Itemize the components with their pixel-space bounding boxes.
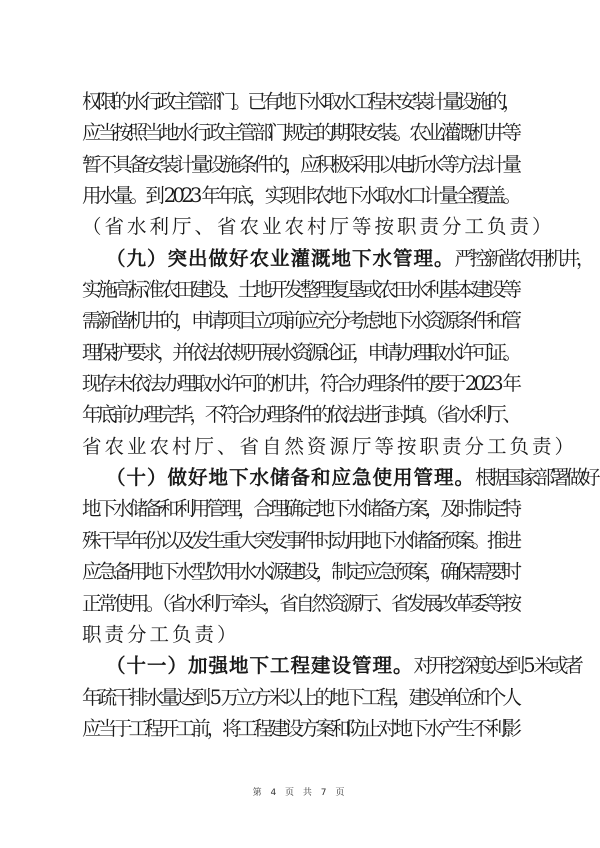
text-line: 实施高标准农田建设、土地开发整理复垦或农田水利基本建设等 xyxy=(82,274,522,305)
text-line: 年底前办理完毕，不符合办理条件的依法进行封填。（省水利厅、 xyxy=(82,399,522,430)
section-text: 根据国家部署做好 xyxy=(475,466,596,489)
section-heading-line: （十）做好地下水储备和应急使用管理。根据国家部署做好 xyxy=(82,462,522,493)
text-line: 地下水储备和利用管理，合理确定地下水储备方案，及时制定特 xyxy=(82,493,522,524)
page-number: 第 4 页 共 7 页 xyxy=(0,785,600,798)
section-heading: （十）做好地下水储备和应急使用管理。 xyxy=(106,466,475,489)
text-line: 应当按照当地水行政主管部门规定的期限安装。农业灌溉机井等 xyxy=(82,117,522,148)
section-text: 严控新凿农用机井， xyxy=(455,247,592,270)
text-line: 正常使用。（省水利厅牵头，省自然资源厅、省发展改革委等按 xyxy=(82,588,522,619)
text-line: 需新凿机井的，申请项目立项前应充分考虑地下水资源条件和管 xyxy=(82,305,522,336)
text-line: 用水量。到 2023 年年底，实现非农地下水取水口计量全覆盖。 xyxy=(82,180,522,211)
text-line: （省水利厅、省农业农村厅等按职责分工负责） xyxy=(82,211,522,242)
text-line: 理保护要求，并依法依规开展水资源论证，申请办理取水许可证。 xyxy=(82,337,522,368)
text-line: 年疏干排水量达到 5 万立方米以上的地下工程，建设单位和个人 xyxy=(82,682,522,713)
text-line: 职责分工负责） xyxy=(82,619,522,650)
section-heading-line: （十一）加强地下工程建设管理。对开挖深度达到 5 米或者 xyxy=(82,650,522,681)
text-line: 权限的水行政主管部门。已有地下水取水工程未安装计量设施的， xyxy=(82,86,522,117)
text-line: 殊干旱年份以及发生重大突发事件时动用地下水储备预案。推进 xyxy=(82,525,522,556)
document-body: 权限的水行政主管部门。已有地下水取水工程未安装计量设施的， 应当按照当地水行政主… xyxy=(82,86,522,744)
section-heading-line: （九）突出做好农业灌溉地下水管理。严控新凿农用机井， xyxy=(82,243,522,274)
text-line: 暂不具备安装计量设施条件的，应积极采用以电折水等方法计量 xyxy=(82,149,522,180)
section-text: 对开挖深度达到 5 米或者 xyxy=(414,654,580,677)
section-heading: （十一）加强地下工程建设管理。 xyxy=(106,654,414,677)
text-line: 应当于工程开工前，将工程建设方案和防止对地下水产生不利影 xyxy=(82,713,522,744)
section-heading: （九）突出做好农业灌溉地下水管理。 xyxy=(106,247,455,270)
text-line: 现存未依法办理取水许可的机井，符合办理条件的要于 2023 年 xyxy=(82,368,522,399)
text-line: 应急备用地下水型饮用水水源建设，制定应急预案，确保需要时 xyxy=(82,556,522,587)
text-line: 省农业农村厅、省自然资源厅等按职责分工负责） xyxy=(82,431,522,462)
